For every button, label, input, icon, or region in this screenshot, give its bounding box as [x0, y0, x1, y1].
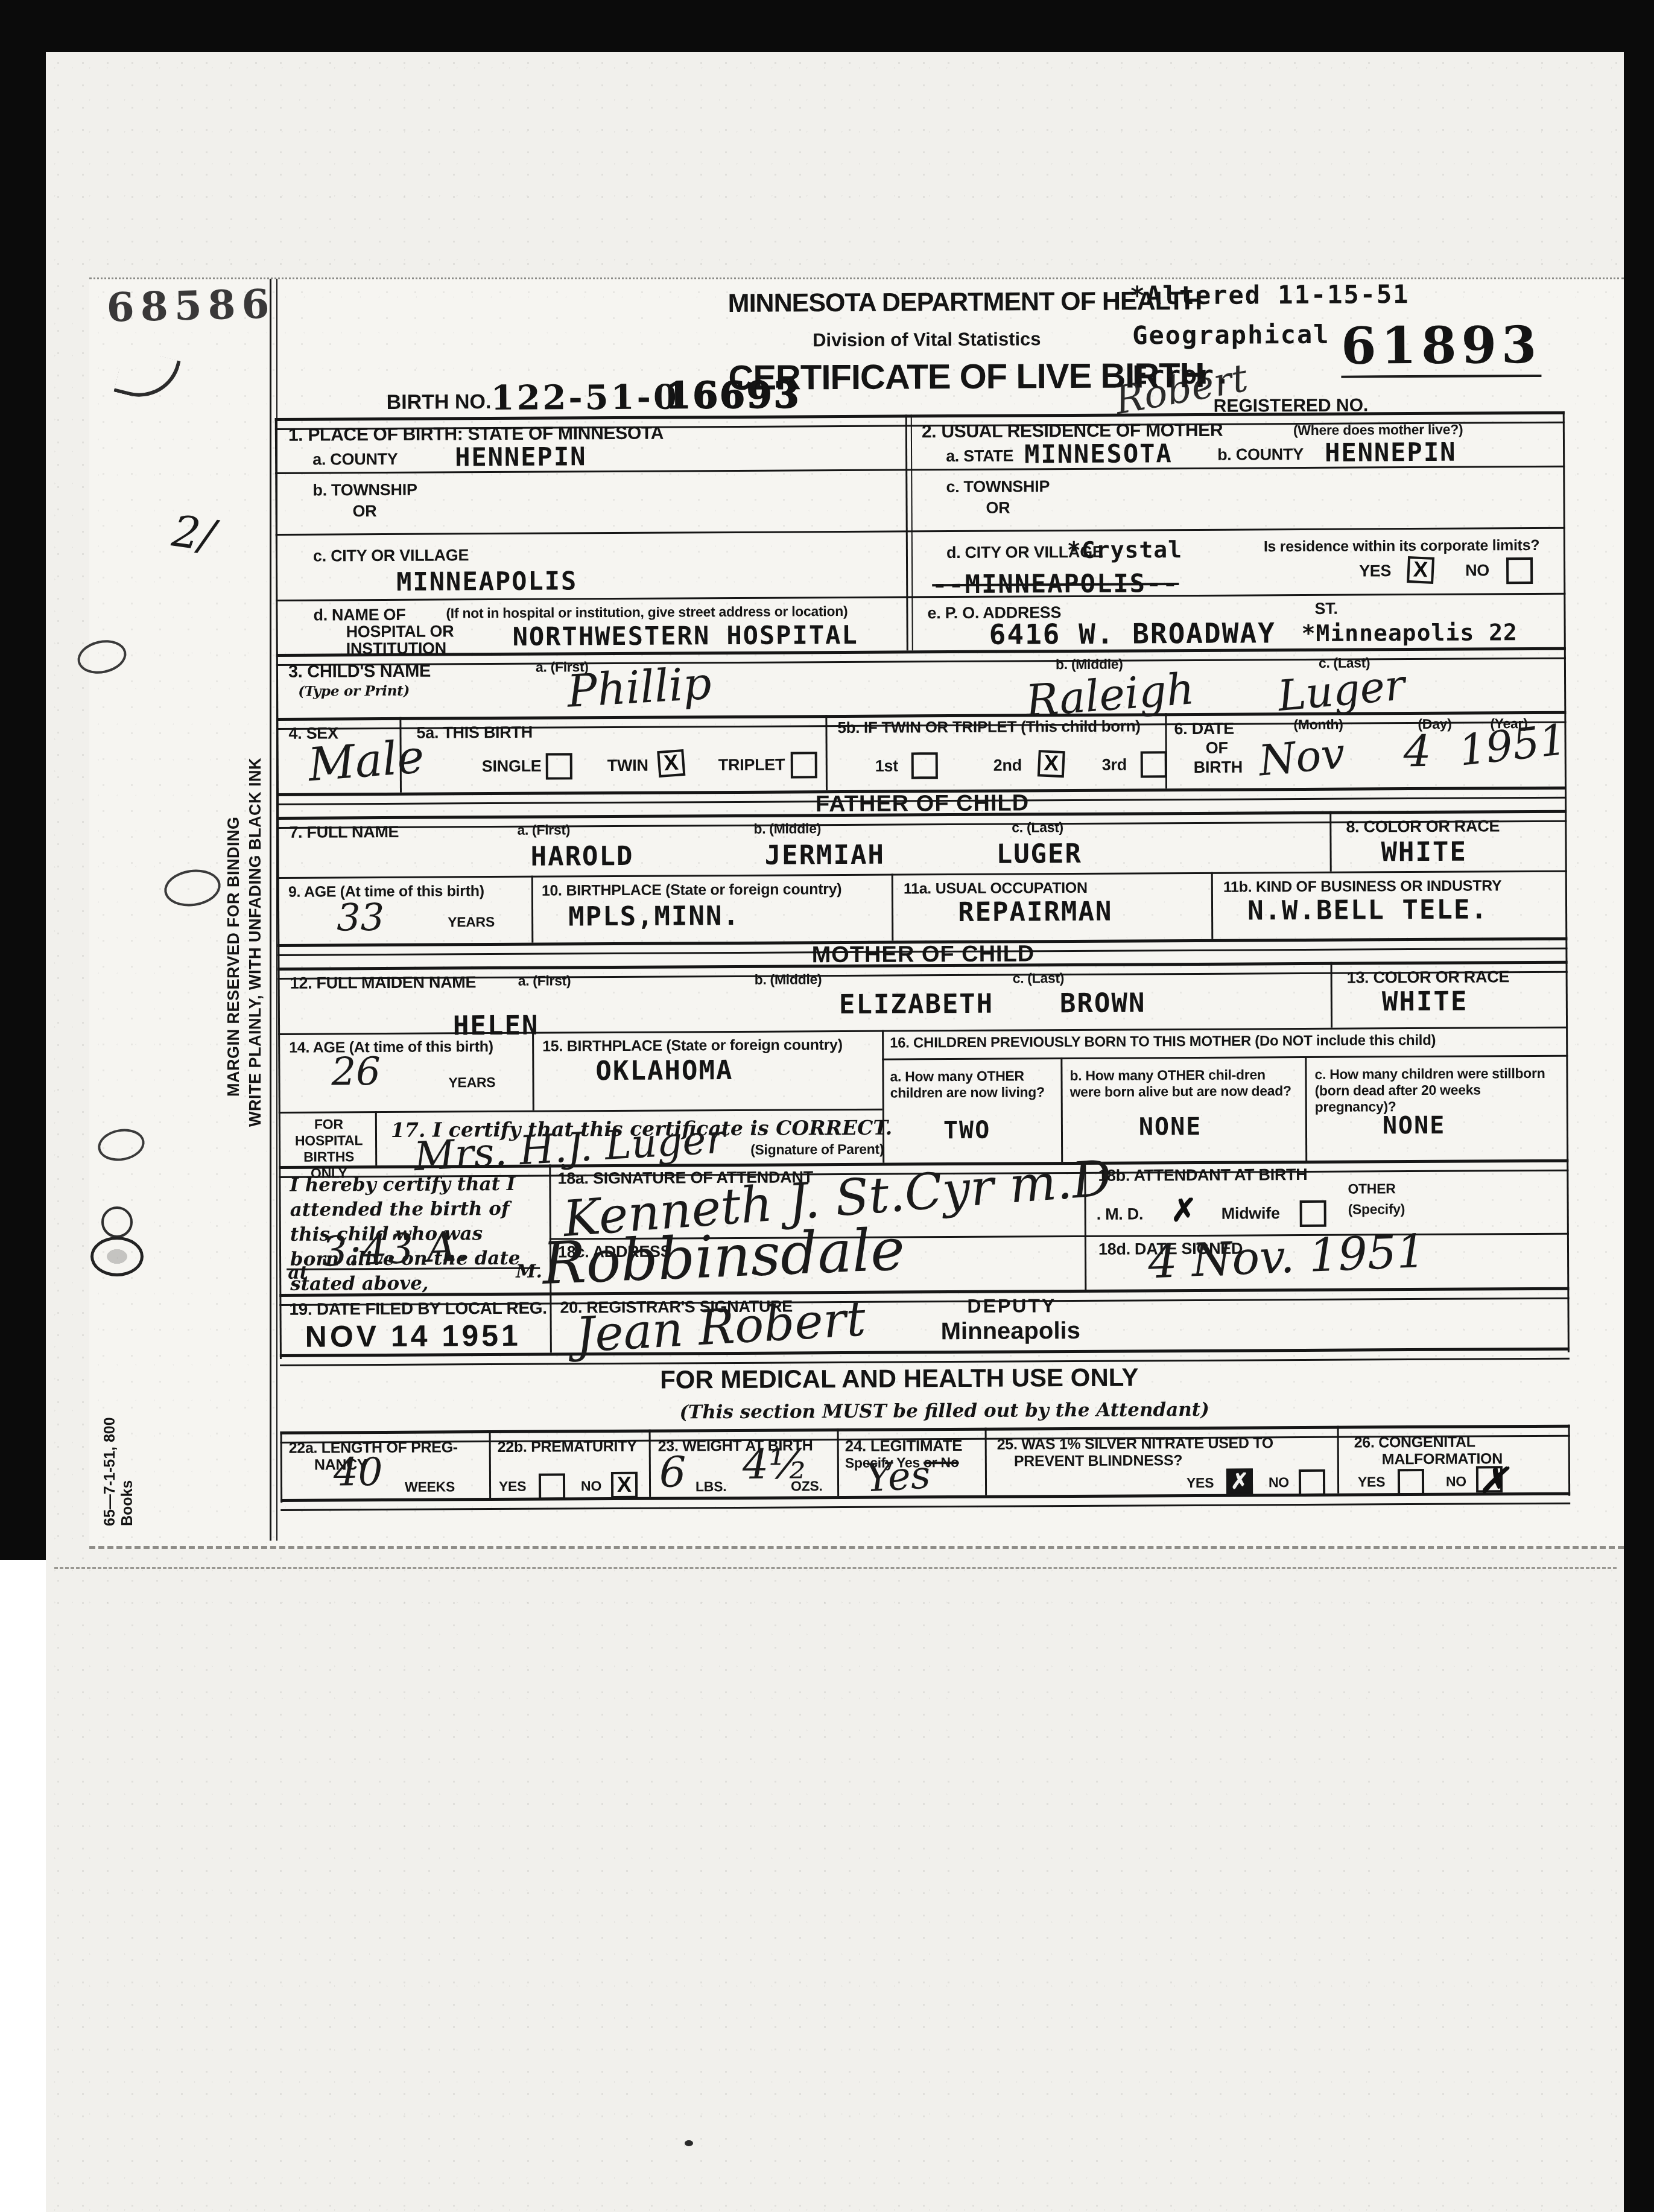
mother-birthplace-label: 15. BIRTHPLACE (State or foreign country…	[542, 1036, 843, 1056]
township-label-or: OR	[352, 502, 376, 520]
rule	[275, 418, 282, 1359]
date-filed-label: 19. DATE FILED BY LOCAL REG.	[289, 1299, 547, 1319]
dob-label-3: BIRTH	[1194, 758, 1243, 777]
corporate-limits-question: Is residence within its corporate limits…	[1264, 537, 1539, 556]
attendant-at-birth-label: 18b. ATTENDANT AT BIRTH	[1098, 1165, 1307, 1185]
rule	[1337, 1426, 1340, 1494]
weight-lbs-value: 6	[659, 1447, 686, 1497]
prematurity-no-label: NO	[581, 1478, 601, 1494]
rule	[1563, 411, 1570, 1352]
rule	[1305, 1056, 1307, 1161]
prematurity-no-checkbox: X	[611, 1472, 638, 1498]
nitrate-no-label: NO	[1269, 1474, 1289, 1491]
children-living-label: a. How many OTHER children are now livin…	[890, 1068, 1054, 1101]
rule	[911, 414, 913, 650]
rule	[1568, 1425, 1571, 1496]
mother-age-label: 14. AGE (At time of this birth)	[289, 1038, 493, 1057]
weight-lbs-label: LBS.	[696, 1478, 726, 1495]
hospital-note: (If not in hospital or institution, give…	[446, 603, 848, 622]
prematurity-label: 22b. PREMATURITY	[498, 1438, 637, 1457]
rule	[375, 1111, 377, 1165]
st-value: *Minneapolis 22	[1302, 619, 1518, 647]
registered-number-stamp: 61893	[1341, 315, 1542, 378]
dob-label-1: 6. DATE	[1174, 720, 1234, 738]
scanned-birth-certificate-page: 2/ WRITE PLAINLY, WITH UNFADING BLACK IN…	[0, 0, 1654, 2212]
pregnancy-length-value: 40	[334, 1450, 383, 1495]
father-occupation-label: 11a. USUAL OCCUPATION	[904, 879, 1088, 898]
this-birth-label: 5a. THIS BIRTH	[416, 723, 532, 742]
mother-band-title: MOTHER OF CHILD	[639, 940, 1206, 969]
residence-county-value: HENNEPIN	[1325, 437, 1457, 467]
prematurity-yes-label: YES	[499, 1478, 526, 1495]
twin-label: TWIN	[607, 756, 648, 775]
father-birthplace-value: MPLS,MINN.	[568, 901, 740, 932]
pregnancy-length-unit: WEEKS	[405, 1478, 455, 1495]
medical-section-title: FOR MEDICAL AND HEALTH USE ONLY	[660, 1363, 1139, 1394]
date-filed-stamp: NOV 14 1951	[305, 1318, 521, 1354]
rule	[905, 414, 908, 650]
sex-value: Male	[306, 729, 426, 791]
rule	[1060, 1057, 1063, 1162]
dob-day-value: 4	[1403, 726, 1431, 776]
md-checkbox: ✗	[1171, 1197, 1193, 1219]
residence-state-label: a. STATE	[946, 447, 1013, 466]
township-label: b. TOWNSHIP	[312, 481, 417, 499]
father-last-value: LUGER	[996, 838, 1082, 870]
childs-name-note: (Type or Print)	[298, 683, 410, 700]
father-name-label: 7. FULL NAME	[289, 823, 399, 841]
triplet-checkbox	[791, 752, 817, 778]
corporate-yes-checkbox: X	[1407, 556, 1434, 584]
corporate-yes-label: YES	[1359, 562, 1391, 580]
birth-no-serial: 16693	[665, 374, 800, 417]
dob-label-2: OF	[1206, 739, 1228, 757]
midwife-label: Midwife	[1221, 1204, 1280, 1223]
for-hospital-births-only-label: FOR HOSPITAL BIRTHS ONLY	[285, 1116, 373, 1182]
hospital-label-1: d. NAME OF	[313, 606, 405, 624]
father-industry-label: 11b. KIND OF BUSINESS OR INDUSTRY	[1223, 877, 1502, 896]
certificate-content: 68586 MINNESOTA DEPARTMENT OF HEALTH Div…	[0, 0, 1654, 2212]
residence-city-struck-value: --MINNEAPOLIS--	[932, 568, 1179, 599]
father-age-label: 9. AGE (At time of this birth)	[288, 883, 484, 901]
rule	[892, 874, 894, 941]
st-label: ST.	[1314, 600, 1337, 618]
residence-title-note: (Where does mother live?)	[1293, 422, 1463, 439]
nitrate-no-checkbox	[1299, 1469, 1325, 1496]
triplet-label: TRIPLET	[718, 756, 785, 775]
malformation-no-label: NO	[1446, 1474, 1466, 1490]
rule	[837, 1428, 840, 1496]
altered-note-line2: Geographical	[1132, 320, 1330, 350]
rule	[985, 1428, 987, 1495]
division-subtitle: Division of Vital Statistics	[813, 328, 1041, 351]
birth-time-value: 3:43 A.	[320, 1223, 470, 1276]
dob-year-value: 1951	[1457, 715, 1569, 776]
mother-age-value: 26	[331, 1050, 381, 1094]
parent-signature-note: (Signature of Parent)	[750, 1141, 884, 1158]
altered-note-line1: *Altered 11-15-51	[1130, 279, 1410, 310]
residence-township-label: c. TOWNSHIP	[946, 477, 1050, 496]
hospital-label-3: INSTITUTION	[346, 639, 446, 658]
single-checkbox	[546, 753, 572, 779]
mother-first-value: HELEN	[453, 1010, 539, 1042]
silver-nitrate-label-2: PREVENT BLINDNESS?	[1014, 1452, 1183, 1471]
prematurity-yes-checkbox	[539, 1473, 565, 1500]
medical-section-subtitle: (This section MUST be filled out by the …	[679, 1399, 1209, 1424]
midwife-checkbox	[1300, 1200, 1326, 1227]
child-first-value: Phillip	[566, 658, 713, 718]
weight-ozs-label: OZS.	[791, 1478, 823, 1494]
rule	[276, 527, 1565, 536]
malformation-no-checkbox: ✗	[1476, 1466, 1503, 1492]
father-band-title: FATHER OF CHILD	[639, 790, 1206, 819]
first-born-checkbox	[911, 752, 938, 779]
twin-order-label: 5b. IF TWIN OR TRIPLET (This child born)	[837, 717, 1163, 737]
father-birthplace-label: 10. BIRTHPLACE (State or foreign country…	[542, 881, 842, 900]
children-dead-label: b. How many OTHER chil-dren were born al…	[1069, 1066, 1299, 1100]
rule	[882, 1055, 1568, 1060]
first-born-label: 1st	[875, 757, 898, 775]
date-signed-value: 4 Nov. 1951	[1147, 1224, 1427, 1288]
children-stillborn-value: NONE	[1383, 1112, 1446, 1140]
hospital-label-2: HOSPITAL OR	[346, 622, 454, 641]
md-label: . M. D.	[1097, 1205, 1144, 1223]
rule	[531, 876, 534, 943]
rule	[489, 1430, 492, 1498]
children-living-value: TWO	[943, 1117, 990, 1144]
rule	[825, 715, 828, 790]
mother-race-label: 13. COLOR OR RACE	[1347, 968, 1510, 987]
father-first-value: HAROLD	[530, 841, 633, 872]
father-industry-value: N.W.BELL TELE.	[1247, 894, 1488, 926]
other-label: OTHER	[1348, 1180, 1395, 1197]
mother-middle-label: b. (Middle)	[755, 971, 822, 988]
legitimate-label: 24. LEGITIMATE	[845, 1436, 963, 1456]
father-last-label: c. (Last)	[1012, 819, 1063, 836]
mother-middle-value: ELIZABETH	[839, 989, 994, 1020]
silver-nitrate-label-1: 25. WAS 1% SILVER NITRATE USED TO	[997, 1434, 1273, 1454]
file-number-stamp: 68586	[106, 280, 276, 331]
city-value: MINNEAPOLIS	[396, 566, 577, 597]
deputy-stamp: DEPUTY	[967, 1295, 1056, 1317]
dob-month-value: Nov	[1256, 729, 1347, 786]
father-occupation-value: REPAIRMAN	[958, 896, 1113, 928]
hospital-value: NORTHWESTERN HOSPITAL	[513, 620, 858, 651]
rule	[649, 1430, 651, 1497]
children-dead-value: NONE	[1139, 1113, 1202, 1141]
mother-race-value: WHITE	[1382, 986, 1468, 1018]
corporate-no-label: NO	[1465, 561, 1489, 579]
mother-last-value: BROWN	[1060, 987, 1146, 1019]
mother-birthplace-value: OKLAHOMA	[595, 1055, 733, 1086]
legitimate-value: Yes	[864, 1453, 931, 1501]
second-born-checkbox: X	[1038, 750, 1065, 778]
rule	[1331, 962, 1333, 1028]
time-at-label: at	[288, 1263, 308, 1284]
birth-no-label: BIRTH NO.	[387, 390, 492, 414]
residence-county-label: b. COUNTY	[1217, 445, 1304, 464]
children-previously-born-label: 16. CHILDREN PREVIOUSLY BORN TO THIS MOT…	[890, 1032, 1559, 1052]
mother-age-unit: YEARS	[448, 1074, 495, 1091]
malformation-yes-label: YES	[1358, 1474, 1385, 1490]
city-label: c. CITY OR VILLAGE	[313, 546, 469, 565]
residence-state-value: MINNESOTA	[1024, 439, 1173, 469]
birth-no-prefix: 122-51-0	[490, 377, 679, 418]
mother-name-label: 12. FULL MAIDEN NAME	[290, 973, 477, 992]
rule	[1211, 872, 1214, 939]
other-specify-label: (Specify)	[1348, 1201, 1405, 1218]
childs-name-title: 3. CHILD'S NAME	[288, 662, 431, 682]
children-stillborn-label: c. How many children were stillborn (bor…	[1314, 1065, 1556, 1115]
father-first-label: a. (First)	[517, 822, 570, 838]
third-born-checkbox	[1141, 751, 1167, 778]
rule	[532, 1032, 534, 1111]
second-born-label: 2nd	[993, 756, 1022, 774]
mother-last-label: c. (Last)	[1013, 970, 1065, 987]
county-value: HENNEPIN	[455, 442, 587, 472]
malformation-yes-checkbox	[1398, 1469, 1424, 1495]
residence-township-or: OR	[986, 499, 1010, 517]
father-race-value: WHITE	[1381, 837, 1467, 868]
rule	[279, 1109, 882, 1114]
rule	[280, 1431, 283, 1503]
corporate-no-checkbox	[1506, 557, 1533, 584]
time-m-label: M.	[516, 1261, 542, 1282]
twin-checkbox: X	[657, 749, 685, 778]
father-race-label: 8. COLOR OR RACE	[1346, 817, 1500, 836]
residence-city-correction: *Crystal	[1067, 536, 1182, 563]
nitrate-yes-checkbox: ✗	[1226, 1468, 1253, 1495]
mother-first-label: a. (First)	[518, 972, 571, 989]
po-address-value: 6416 W. BROADWAY	[989, 616, 1276, 650]
malformation-label-1: 26. CONGENITAL	[1354, 1434, 1475, 1453]
father-middle-value: JERMIAH	[764, 840, 885, 871]
nitrate-yes-label: YES	[1187, 1475, 1214, 1491]
single-label: SINGLE	[482, 757, 542, 776]
third-born-label: 3rd	[1102, 756, 1127, 774]
rule	[1329, 811, 1332, 872]
father-age-value: 33	[337, 895, 384, 939]
county-label: a. COUNTY	[312, 450, 398, 469]
attendant-address-value: Robbinsdale	[541, 1215, 906, 1298]
father-age-unit: YEARS	[448, 914, 495, 931]
deputy-city-stamp: Minneapolis	[941, 1317, 1080, 1345]
father-middle-label: b. (Middle)	[753, 820, 821, 837]
